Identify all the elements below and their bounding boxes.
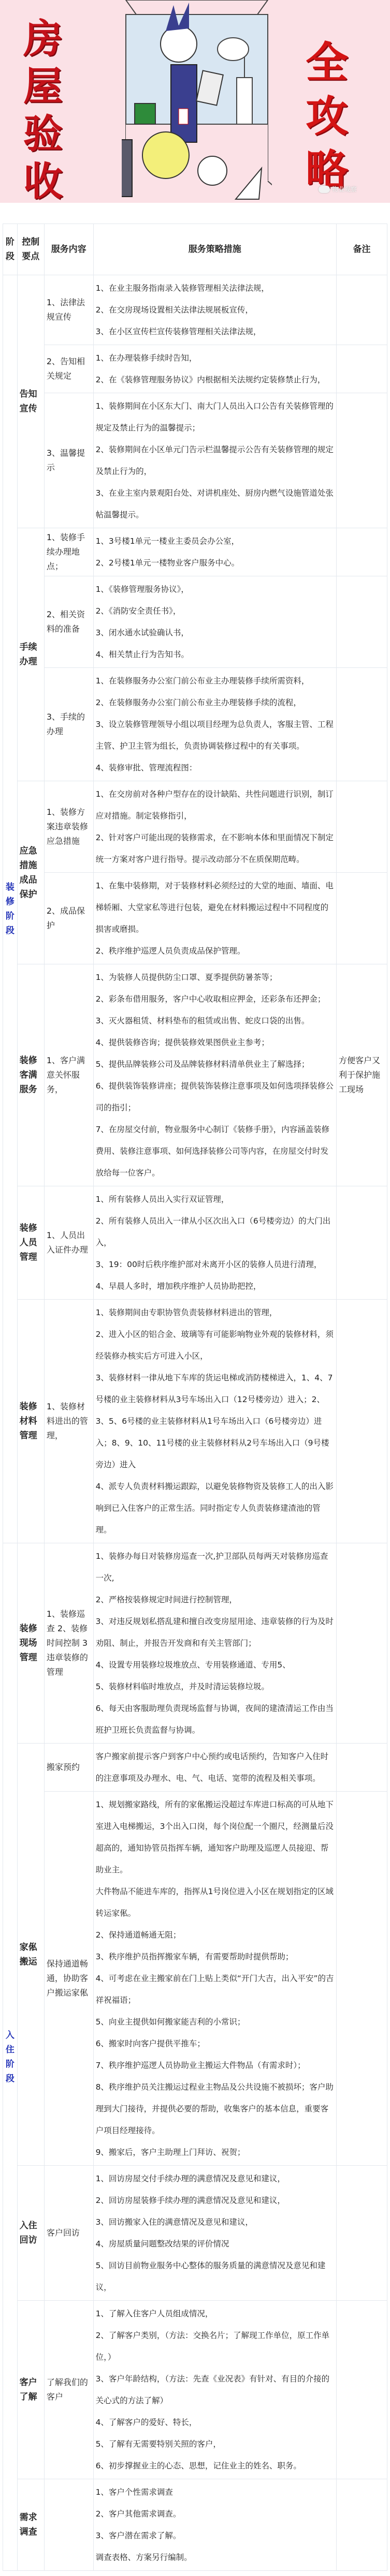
measure-line: 7、在房屋交付前，物业服务中心制订《装修手册》，内容涵盖装修费用、装修注意事项、… (96, 1119, 334, 1184)
measure-line: 2、2号楼1单元一楼物业客户服务中心。 (96, 552, 334, 574)
table-row: 家俬搬运搬家预约客户搬家前提示客户到客户中心预约或电话预约，告知客户入住时的注意… (3, 1744, 387, 1792)
service-content-cell: 1、装修方案违章装修应急措施 (44, 781, 93, 873)
control-point-cell: 装修现场管理 (17, 1543, 44, 1744)
measure-line: 6、每天由客服助理负责现场监督与协调，夜间的建渣清运工作由当班护卫班长负责监督与… (96, 1698, 334, 1741)
measure-line: 2、在交房现场设置相关法律法规展板宣传， (96, 299, 334, 321)
measure-line: 客户搬家前提示客户到客户中心预约或电话预约，告知客户入住时的注意事项及办理水、电… (96, 1746, 334, 1789)
service-content-cell: 2、相关资料的准备 (44, 576, 93, 668)
remark-cell (337, 668, 387, 781)
measure-line: 2、回访房屋装修手续办理的满意情况及意见和建议， (96, 2190, 334, 2211)
remark-cell (337, 576, 387, 668)
table-row: 保持通道畅通，协助客户搬运家俬1、规划搬家路线，所有的家俬搬运没超过车库进口标高… (3, 1792, 387, 2166)
service-measures-cell: 1、在集中装修期，对于装修材料必须经过的大堂的地面、墙面、电梯轿厢、大堂家私等进… (93, 873, 336, 964)
remark-cell (337, 1543, 387, 1744)
spacer (0, 203, 390, 224)
remark-cell (337, 1744, 387, 1792)
measure-line: 6、初步撑握业主的心态、思想，记住业主的姓名、职务。 (96, 2455, 334, 2477)
measure-line: 4、房屋质量问题整改结果的评价情况 (96, 2233, 334, 2255)
service-measures-cell: 1、为装修人员提供防尘口罩、夏季提供防暑茶等；2、彩条布借用服务，客户中心收取相… (93, 964, 336, 1186)
table-row: 2、告知相关规定1、在办理装修手续时告知，2、在《装修管理服务协议》内根据相关法… (3, 345, 387, 393)
measure-line: 5、回访目前物业服务中心整体的服务质量的满意情况及意见和建议， (96, 2255, 334, 2298)
table-row: 装修阶段告知宣传1、法律法规宣传1、在业主服务指南录入装修管理相关法律法规，2、… (3, 275, 387, 345)
service-content-cell: 3、手续的办理 (44, 668, 93, 781)
header-remarks: 备注 (337, 224, 387, 275)
table-row: 应急措施成品保护1、装修方案违章装修应急措施1、在交房前对各种户型存在的设计缺陷… (3, 781, 387, 873)
measure-line: 1、装修期间由专职协管负责装修材料进出的管理， (96, 1302, 334, 1323)
measure-line: 7、秩序维护巡逻人员协助业主搬运大件物品（有需求时）； (96, 2054, 334, 2076)
header-service-measures: 服务策略措施 (93, 224, 336, 275)
service-content-cell: 1、装修手续办理地点； (44, 528, 93, 576)
measure-line: 1、回访房屋交付手续办理的满意情况及意见和建议， (96, 2168, 334, 2190)
control-point-cell: 装修客满服务 (17, 964, 44, 1186)
measure-line: 6、提供装饰装修讲座；提供装饰装修注意事项及如何选项择装修公司的指引； (96, 1075, 334, 1119)
table-row: 装修客满服务1、客户满意关怀服务，1、为装修人员提供防尘口罩、夏季提供防暑茶等；… (3, 964, 387, 1186)
measure-line: 3、秩序维护员指挥搬家车辆，有需要帮助时提供帮助； (96, 1946, 334, 1968)
table-body: 装修阶段告知宣传1、法律法规宣传1、在业主服务指南录入装修管理相关法律法规，2、… (3, 275, 387, 2571)
control-point-cell: 手续办理 (17, 528, 44, 781)
measure-line: 3、客户潜在需求了解。 (96, 2525, 334, 2547)
wechat-icon (319, 186, 330, 193)
measure-line: 6、搬家时向客户提供平推车； (96, 2033, 334, 2054)
service-measures-cell: 1、在办理装修手续时告知，2、在《装修管理服务协议》内根据相关法规约定装修禁止行… (93, 345, 336, 393)
cartoon-inspector-illustration (122, 0, 272, 203)
table-row: 客户了解了解我们的客户1、了解入住客户人员组成情况，2、了解客户类别，（方法：交… (3, 2301, 387, 2479)
measure-line: 4、提供装修咨询；提供装修效果图供业主参考； (96, 1032, 334, 1053)
measure-line: 9、搬家后，客户主助理上门拜访、祝贺； (96, 2141, 334, 2163)
control-point-cell: 家俬搬运 (17, 1744, 44, 2166)
control-point-cell: 入住回访 (17, 2166, 44, 2301)
service-content-cell: 2、告知相关规定 (44, 345, 93, 393)
measure-line: 4、装修审批、管理流程图： (96, 757, 334, 779)
remark-cell (337, 1186, 387, 1300)
measure-line: 3、装修材料一律从地下车库的货运电梯或消防楼梯进入，1、4、7号楼的业主装修材料… (96, 1367, 334, 1476)
hero-banner-image: 房屋验收 全攻略 物业观察 (0, 0, 390, 203)
remark-cell (337, 528, 387, 576)
remark-cell (337, 1792, 387, 2166)
service-measures-cell: 1、装修期间由专职协管负责装修材料进出的管理，2、进入小区的铝合金、玻璃等有可能… (93, 1300, 336, 1543)
service-content-cell: 搬家预约 (44, 1744, 93, 1792)
measure-line: 调查表格、方案另行编制。 (96, 2547, 334, 2568)
measure-line: 1、《装修管理服务协议》， (96, 578, 334, 600)
service-measures-cell: 1、装修期间在小区东大门、南大门人员出入口公告有关装修管理的规定及禁止行为的温馨… (93, 393, 336, 528)
measure-line: 1、装修办每日对装修房巡查一次,护卫部队员每两天对装修房巡查一次, (96, 1545, 334, 1589)
service-content-cell: 1、法律法规宣传 (44, 275, 93, 345)
remark-cell (337, 2166, 387, 2301)
bottom-spacer (0, 2571, 390, 2576)
header-stage: 阶段 (3, 224, 18, 275)
service-content-cell: 客户回访 (44, 2166, 93, 2301)
service-measures-cell: 1、规划搬家路线，所有的家俬搬运没超过车库进口标高的可从地下室进入电梯搬运，3个… (93, 1792, 336, 2166)
service-measures-cell: 1、《装修管理服务协议》，2、《消防安全责任书》，3、闭水通水试验确认书，4、相… (93, 576, 336, 668)
table-row: 装修人员管理1、人员出入证件办理1、所有装修人员出入实行双证管理，2、所有装修人… (3, 1186, 387, 1300)
table-row: 2、成品保护1、在集中装修期，对于装修材料必须经过的大堂的地面、墙面、电梯轿厢、… (3, 873, 387, 964)
control-point-cell: 装修人员管理 (17, 1186, 44, 1300)
measure-line: 2、保持通道畅通无阻； (96, 1924, 334, 1946)
service-content-cell: 1、装修巡查 2、装修时间控制 3违章装修的管理 (44, 1543, 93, 1744)
measure-line: 4、设置专用装修垃圾堆放点、专用装修通道、专用5、 (96, 1654, 334, 1676)
table-row: 手续办理1、装修手续办理地点；1、3号楼1单元一楼业主委员会办公室，2、2号楼1… (3, 528, 387, 576)
measure-line: 3、闭水通水试验确认书， (96, 622, 334, 644)
measure-line: 大件物品不能进车库的，指挥从1号岗位进入小区在规划指定的区域转运家俬。 (96, 1881, 334, 1924)
title-full-guide: 全攻略 (304, 36, 350, 198)
remark-cell (337, 345, 387, 393)
service-measures-cell: 1、在装修服务办公室门前公布业主办理装修手续所需资料，2、在装修服务办公室门前公… (93, 668, 336, 781)
measure-line: 1、为装修人员提供防尘口罩、夏季提供防暑茶等； (96, 966, 334, 988)
service-measures-cell: 1、所有装修人员出入实行双证管理，2、所有装修人员出入一律从小区次出入口（6号楼… (93, 1186, 336, 1300)
remark-cell (337, 2301, 387, 2479)
control-point-cell: 告知宣传 (17, 275, 44, 528)
table-row: 需求调查1、客户个性需求调查2、客户其他需求调查。3、客户潜在需求了解。调查表格… (3, 2479, 387, 2571)
measure-line: 4、相关禁止行为告知书。 (96, 644, 334, 665)
header-service-content: 服务内容 (44, 224, 93, 275)
stage-cell: 装修阶段 (3, 275, 18, 1543)
title-house-acceptance: 房屋验收 (20, 16, 66, 203)
measure-line: 2、进入小区的铝合金、玻璃等有可能影响物业外观的装修材料，须经装修办核实后方可进… (96, 1323, 334, 1367)
remark-cell (337, 1300, 387, 1543)
table-row: 装修材料管理1、装修材料进出的管理，1、装修期间由专职协管负责装修材料进出的管理… (3, 1300, 387, 1543)
service-measures-cell: 1、回访房屋交付手续办理的满意情况及意见和建议，2、回访房屋装修手续办理的满意情… (93, 2166, 336, 2301)
measure-line: 1、在办理装修手续时告知， (96, 347, 334, 369)
remark-cell (337, 873, 387, 964)
service-measures-cell: 1、在交房前对各种户型存在的设计缺陷、共性问题进行识别，制订应对措施。制定装修指… (93, 781, 336, 873)
measure-line: 5、装修材料临时堆放点，并及时清运装修垃圾。 (96, 1676, 334, 1698)
measure-line: 2、在装修服务办公室门前公布业主办理装修手续的流程， (96, 692, 334, 713)
watermark-text: 物业观察 (332, 185, 357, 193)
service-content-cell: 保持通道畅通，协助客户搬运家俬 (44, 1792, 93, 2166)
measure-line: 1、3号楼1单元一楼业主委员会办公室， (96, 530, 334, 552)
service-content-cell: 1、人员出入证件办理 (44, 1186, 93, 1300)
service-content-cell (44, 2479, 93, 2571)
measure-line: 3、灭火器租赁、材料垫布的租赁或出售、蛇皮口袋的出售。 (96, 1010, 334, 1032)
measure-line: 1、客户个性需求调查 (96, 2481, 334, 2503)
control-point-cell: 需求调查 (17, 2479, 44, 2571)
measure-line: 5、提供品牌装修公司及品牌装修材料清单供业主了解选择； (96, 1053, 334, 1075)
remark-cell (337, 781, 387, 873)
measure-line: 1、了解入住客户人员组成情况， (96, 2303, 334, 2325)
measure-line: 2、所有装修人员出入一律从小区次出入口（6号楼旁边）的大门出入， (96, 1210, 334, 1254)
measure-line: 5、向业主提供如何搬家能吉利的小常识； (96, 2011, 334, 2033)
measure-line: 4、了解客户的爱好、特长， (96, 2411, 334, 2433)
service-measures-cell: 客户搬家前提示客户到客户中心预约或电话预约，告知客户入住时的注意事项及办理水、电… (93, 1744, 336, 1792)
service-content-cell: 3、温馨提示 (44, 393, 93, 528)
measure-line: 2、了解客户类别，（方法：交换名片；了解现工作单位，原工作单位，） (96, 2325, 334, 2368)
service-plan-table: 阶段 控制要点 服务内容 服务策略措施 备注 装修阶段告知宣传1、法律法规宣传1… (3, 224, 387, 2571)
control-point-cell: 客户了解 (17, 2301, 44, 2479)
measure-line: 1、在集中装修期，对于装修材料必须经过的大堂的地面、墙面、电梯轿厢、大堂家私等进… (96, 875, 334, 940)
measure-line: 2、在《装修管理服务协议》内根据相关法规约定装修禁止行为， (96, 369, 334, 391)
measure-line: 2、客户其他需求调查。 (96, 2503, 334, 2525)
service-content-cell: 2、成品保护 (44, 873, 93, 964)
measure-line: 4、早晨人多时，增加秩序维护人员协助把控， (96, 1275, 334, 1297)
measure-line: 2、秩序维护巡逻人员负责成品保护管理。 (96, 940, 334, 962)
service-measures-cell: 1、3号楼1单元一楼业主委员会办公室，2、2号楼1单元一楼物业客户服务中心。 (93, 528, 336, 576)
measure-line: 3、设立装修管理领导小组以项目经理为总负责人，客服主管、工程主管、护卫主管为组长… (96, 713, 334, 757)
measure-line: 2、《消防安全责任书》， (96, 600, 334, 622)
remark-cell: 方便客户又利于保护施工现场 (337, 964, 387, 1186)
measure-line: 1、装修期间在小区东大门、南大门人员出入口公告有关装修管理的规定及禁止行为的温馨… (96, 395, 334, 439)
measure-line: 8、秩序维护员关注搬运过程业主物品及公共设施不被损坏；客户助理到大门接待，并提供… (96, 2076, 334, 2141)
stage-cell: 入住阶段 (3, 1543, 18, 2571)
measure-line: 2、针对客户可能出现的装修需求，在不影响本体和里面情况下制定统一方案对客户进行指… (96, 827, 334, 870)
measure-line: 5、了解有无需要特别关照的客户， (96, 2433, 334, 2455)
measure-line: 3、回访搬家入住的满意情况及意见和建议， (96, 2211, 334, 2233)
remark-cell (337, 393, 387, 528)
header-control-point: 控制要点 (17, 224, 44, 275)
measure-line: 1、所有装修人员出入实行双证管理， (96, 1188, 334, 1210)
measure-line: 1、在交房前对各种户型存在的设计缺陷、共性问题进行识别，制订应对措施。制定装修指… (96, 783, 334, 827)
service-measures-cell: 1、装修办每日对装修房巡查一次,护卫部队员每两天对装修房巡查一次,2、严格按装修… (93, 1543, 336, 1744)
table-row: 3、手续的办理1、在装修服务办公室门前公布业主办理装修手续所需资料，2、在装修服… (3, 668, 387, 781)
measure-line: 2、严格按装修规定时间进行控制管理， (96, 1589, 334, 1611)
service-measures-cell: 1、客户个性需求调查2、客户其他需求调查。3、客户潜在需求了解。调查表格、方案另… (93, 2479, 336, 2571)
table-row: 2、相关资料的准备1、《装修管理服务协议》，2、《消防安全责任书》，3、闭水通水… (3, 576, 387, 668)
measure-line: 3、客户年龄结构，（方法：先查《业况表》有针对、有目的介接的关心式的方法了解） (96, 2368, 334, 2411)
table-row: 3、温馨提示1、装修期间在小区东大门、南大门人员出入口公告有关装修管理的规定及禁… (3, 393, 387, 528)
remark-cell (337, 2479, 387, 2571)
measure-line: 1、在业主服务指南录入装修管理相关法律法规， (96, 277, 334, 299)
table-header-row: 阶段 控制要点 服务内容 服务策略措施 备注 (3, 224, 387, 275)
control-point-cell: 应急措施成品保护 (17, 781, 44, 964)
measure-line: 1、在装修服务办公室门前公布业主办理装修手续所需资料， (96, 670, 334, 692)
service-measures-cell: 1、了解入住客户人员组成情况，2、了解客户类别，（方法：交换名片；了解现工作单位… (93, 2301, 336, 2479)
watermark: 物业观察 (319, 185, 357, 193)
remark-cell (337, 275, 387, 345)
service-content-cell: 了解我们的客户 (44, 2301, 93, 2479)
service-content-cell: 1、装修材料进出的管理， (44, 1300, 93, 1543)
table-row: 入住回访客户回访1、回访房屋交付手续办理的满意情况及意见和建议，2、回访房屋装修… (3, 2166, 387, 2301)
measure-line: 3、对违反规划私搭乱建和擅自改变房屋用途、违章装修的行为及时劝阻、制止，并报告开… (96, 1611, 334, 1654)
measure-line: 3、在小区宣传栏宣传装修管理相关法律法规， (96, 321, 334, 343)
service-content-cell: 1、客户满意关怀服务， (44, 964, 93, 1186)
control-point-cell: 装修材料管理 (17, 1300, 44, 1543)
measure-line: 2、装修期间在小区单元门告示栏温馨提示公告有关装修管理的规定及禁止行为的， (96, 439, 334, 482)
measure-line: 2、彩条布借用服务，客户中心收取相应押金，还彩条布还押金； (96, 988, 334, 1010)
measure-line: 1、规划搬家路线，所有的家俬搬运没超过车库进口标高的可从地下室进入电梯搬运，3个… (96, 1794, 334, 1881)
measure-line: 4、可考虑在业主搬家前在门上贴上类似“开门大吉，出入平安”的吉祥祝福语； (96, 1968, 334, 2011)
service-measures-cell: 1、在业主服务指南录入装修管理相关法律法规，2、在交房现场设置相关法律法规展板宣… (93, 275, 336, 345)
measure-line: 3、19：00时后秩序维护部对未离开小区的装修人员进行清理， (96, 1254, 334, 1275)
measure-line: 3、在业主室内景观阳台处、对讲机座处、厨房内燃气设施管道处张帖温馨提示。 (96, 482, 334, 526)
measure-line: 4、派专人负责材料搬运跟踪，以避免装修物资及装修工人的出入影响到已入住客户的正常… (96, 1476, 334, 1541)
table-row: 入住阶段装修现场管理1、装修巡查 2、装修时间控制 3违章装修的管理1、装修办每… (3, 1543, 387, 1744)
